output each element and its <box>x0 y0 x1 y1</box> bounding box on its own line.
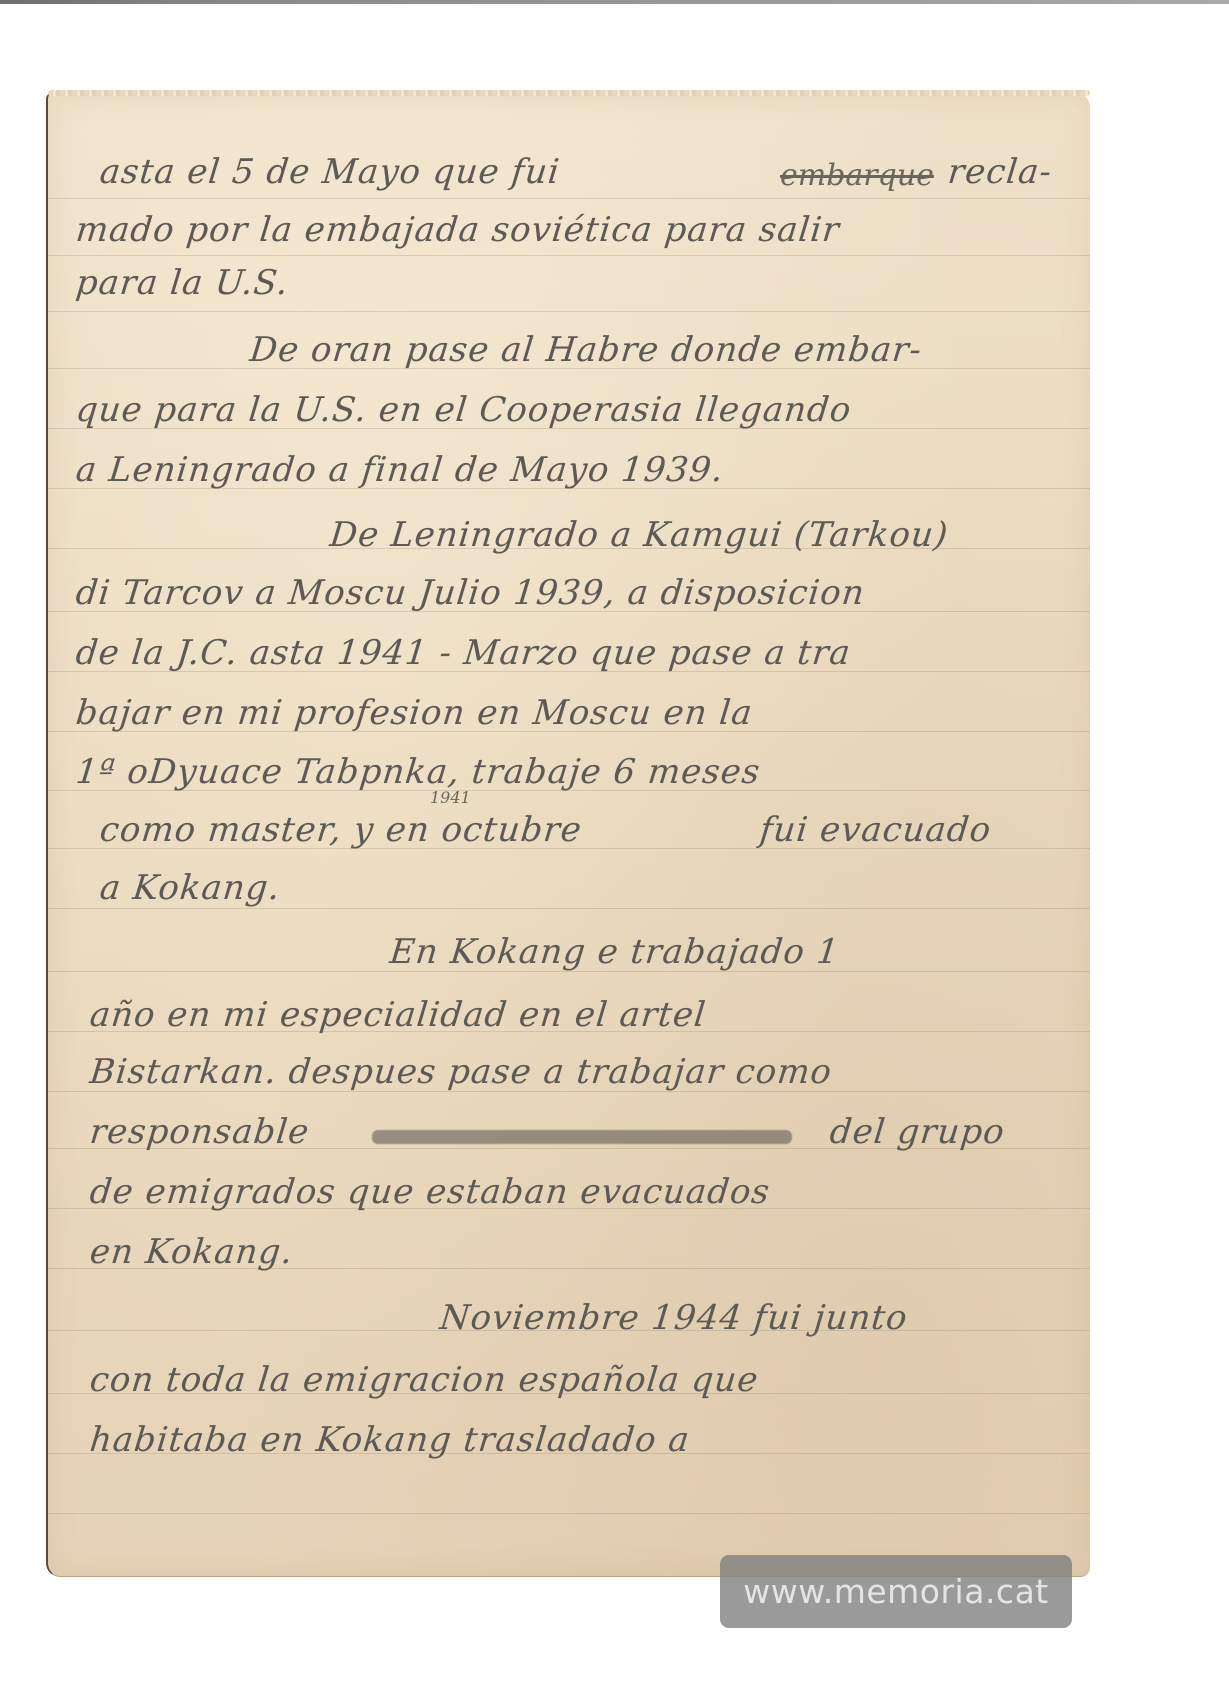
scribbled-out-text <box>372 1130 792 1144</box>
inserted-year: 1941 <box>430 788 471 807</box>
letter-line-4: De oran pase al Habre donde embar- <box>248 330 924 370</box>
ruled-line <box>48 908 1090 909</box>
ruled-line <box>48 255 1090 256</box>
letter-line-17: responsable <box>88 1112 312 1152</box>
line-text: a Leningrado a final de Mayo 1939. <box>74 450 726 490</box>
letter-line-14: En Kokang e trabajado 1 <box>388 932 842 972</box>
letter-line-11: 1ª oDyuace Tabpnka, trabaje 6 meses <box>74 752 763 792</box>
line-text: habitaba en Kokang trasladado a <box>88 1420 692 1460</box>
letter-line-19: en Kokang. <box>88 1232 295 1272</box>
ruled-line <box>48 198 1090 199</box>
letter-line-5: que para la U.S. en el Cooperasia llegan… <box>74 390 854 430</box>
line-text: De Leningrado a Kamgui (Tarkou) <box>328 515 950 555</box>
letter-line-13: a Kokang. <box>98 868 283 908</box>
letter-line-16: Bistarkan. despues pase a trabajar como <box>88 1052 834 1092</box>
line-text: mado por la embajada soviética para sali… <box>74 210 842 250</box>
line-text: bajar en mi profesion en Moscu en la <box>74 693 755 733</box>
letter-line-12: como master, y en octubre <box>98 810 584 850</box>
line-tail: del grupo <box>828 1112 1007 1152</box>
struck-word: embarque <box>780 158 934 193</box>
line-text: 1ª oDyuace Tabpnka, trabaje 6 meses <box>74 752 763 792</box>
letter-line-18: de emigrados que estaban evacuados <box>88 1172 772 1212</box>
ruled-line <box>48 1513 1090 1514</box>
letter-line-6: a Leningrado a final de Mayo 1939. <box>74 450 726 490</box>
line-text: asta el 5 de Mayo que fui <box>98 152 562 192</box>
line-text: en Kokang. <box>88 1232 295 1272</box>
line-text: di Tarcov a Moscu Julio 1939, a disposic… <box>74 573 867 613</box>
scan-top-edge <box>0 0 1229 4</box>
line-text: Bistarkan. despues pase a trabajar como <box>88 1052 834 1092</box>
letter-line-3: para la U.S. <box>74 263 291 303</box>
line-text: En Kokang e trabajado 1 <box>388 932 842 972</box>
line-text: como master, y en octubre <box>98 810 584 850</box>
line-text: a Kokang. <box>98 868 283 908</box>
ruled-line <box>48 311 1090 312</box>
line-text: de emigrados que estaban evacuados <box>88 1172 772 1212</box>
letter-line-1: asta el 5 de Mayo que fui <box>98 152 562 192</box>
letter-line-9: de la J.C. asta 1941 - Marzo que pase a … <box>74 633 853 673</box>
letter-line-22: habitaba en Kokang trasladado a <box>88 1420 692 1460</box>
line-text: año en mi especialidad en el artel <box>88 995 708 1035</box>
line-text: con toda la emigracion española que <box>88 1360 761 1400</box>
line-text: responsable <box>88 1112 312 1152</box>
watermark-badge: www.memoria.cat <box>720 1555 1072 1628</box>
line-text: para la U.S. <box>74 263 291 303</box>
letter-line-10: bajar en mi profesion en Moscu en la <box>74 693 755 733</box>
line-text: Noviembre 1944 fui junto <box>438 1298 910 1338</box>
watermark-text: www.memoria.cat <box>743 1572 1048 1611</box>
letter-line-15: año en mi especialidad en el artel <box>88 995 708 1035</box>
line-tail: fui evacuado <box>758 810 993 850</box>
line-text: que para la U.S. en el Cooperasia llegan… <box>74 390 854 430</box>
letter-line-20: Noviembre 1944 fui junto <box>438 1298 910 1338</box>
letter-line-8: di Tarcov a Moscu Julio 1939, a disposic… <box>74 573 867 613</box>
line-tail: recla- <box>946 152 1054 192</box>
letter-line-21: con toda la emigracion española que <box>88 1360 761 1400</box>
letter-line-7: De Leningrado a Kamgui (Tarkou) <box>328 515 950 555</box>
line-text: De oran pase al Habre donde embar- <box>248 330 924 370</box>
letter-line-2: mado por la embajada soviética para sali… <box>74 210 842 250</box>
line-text: de la J.C. asta 1941 - Marzo que pase a … <box>74 633 853 673</box>
